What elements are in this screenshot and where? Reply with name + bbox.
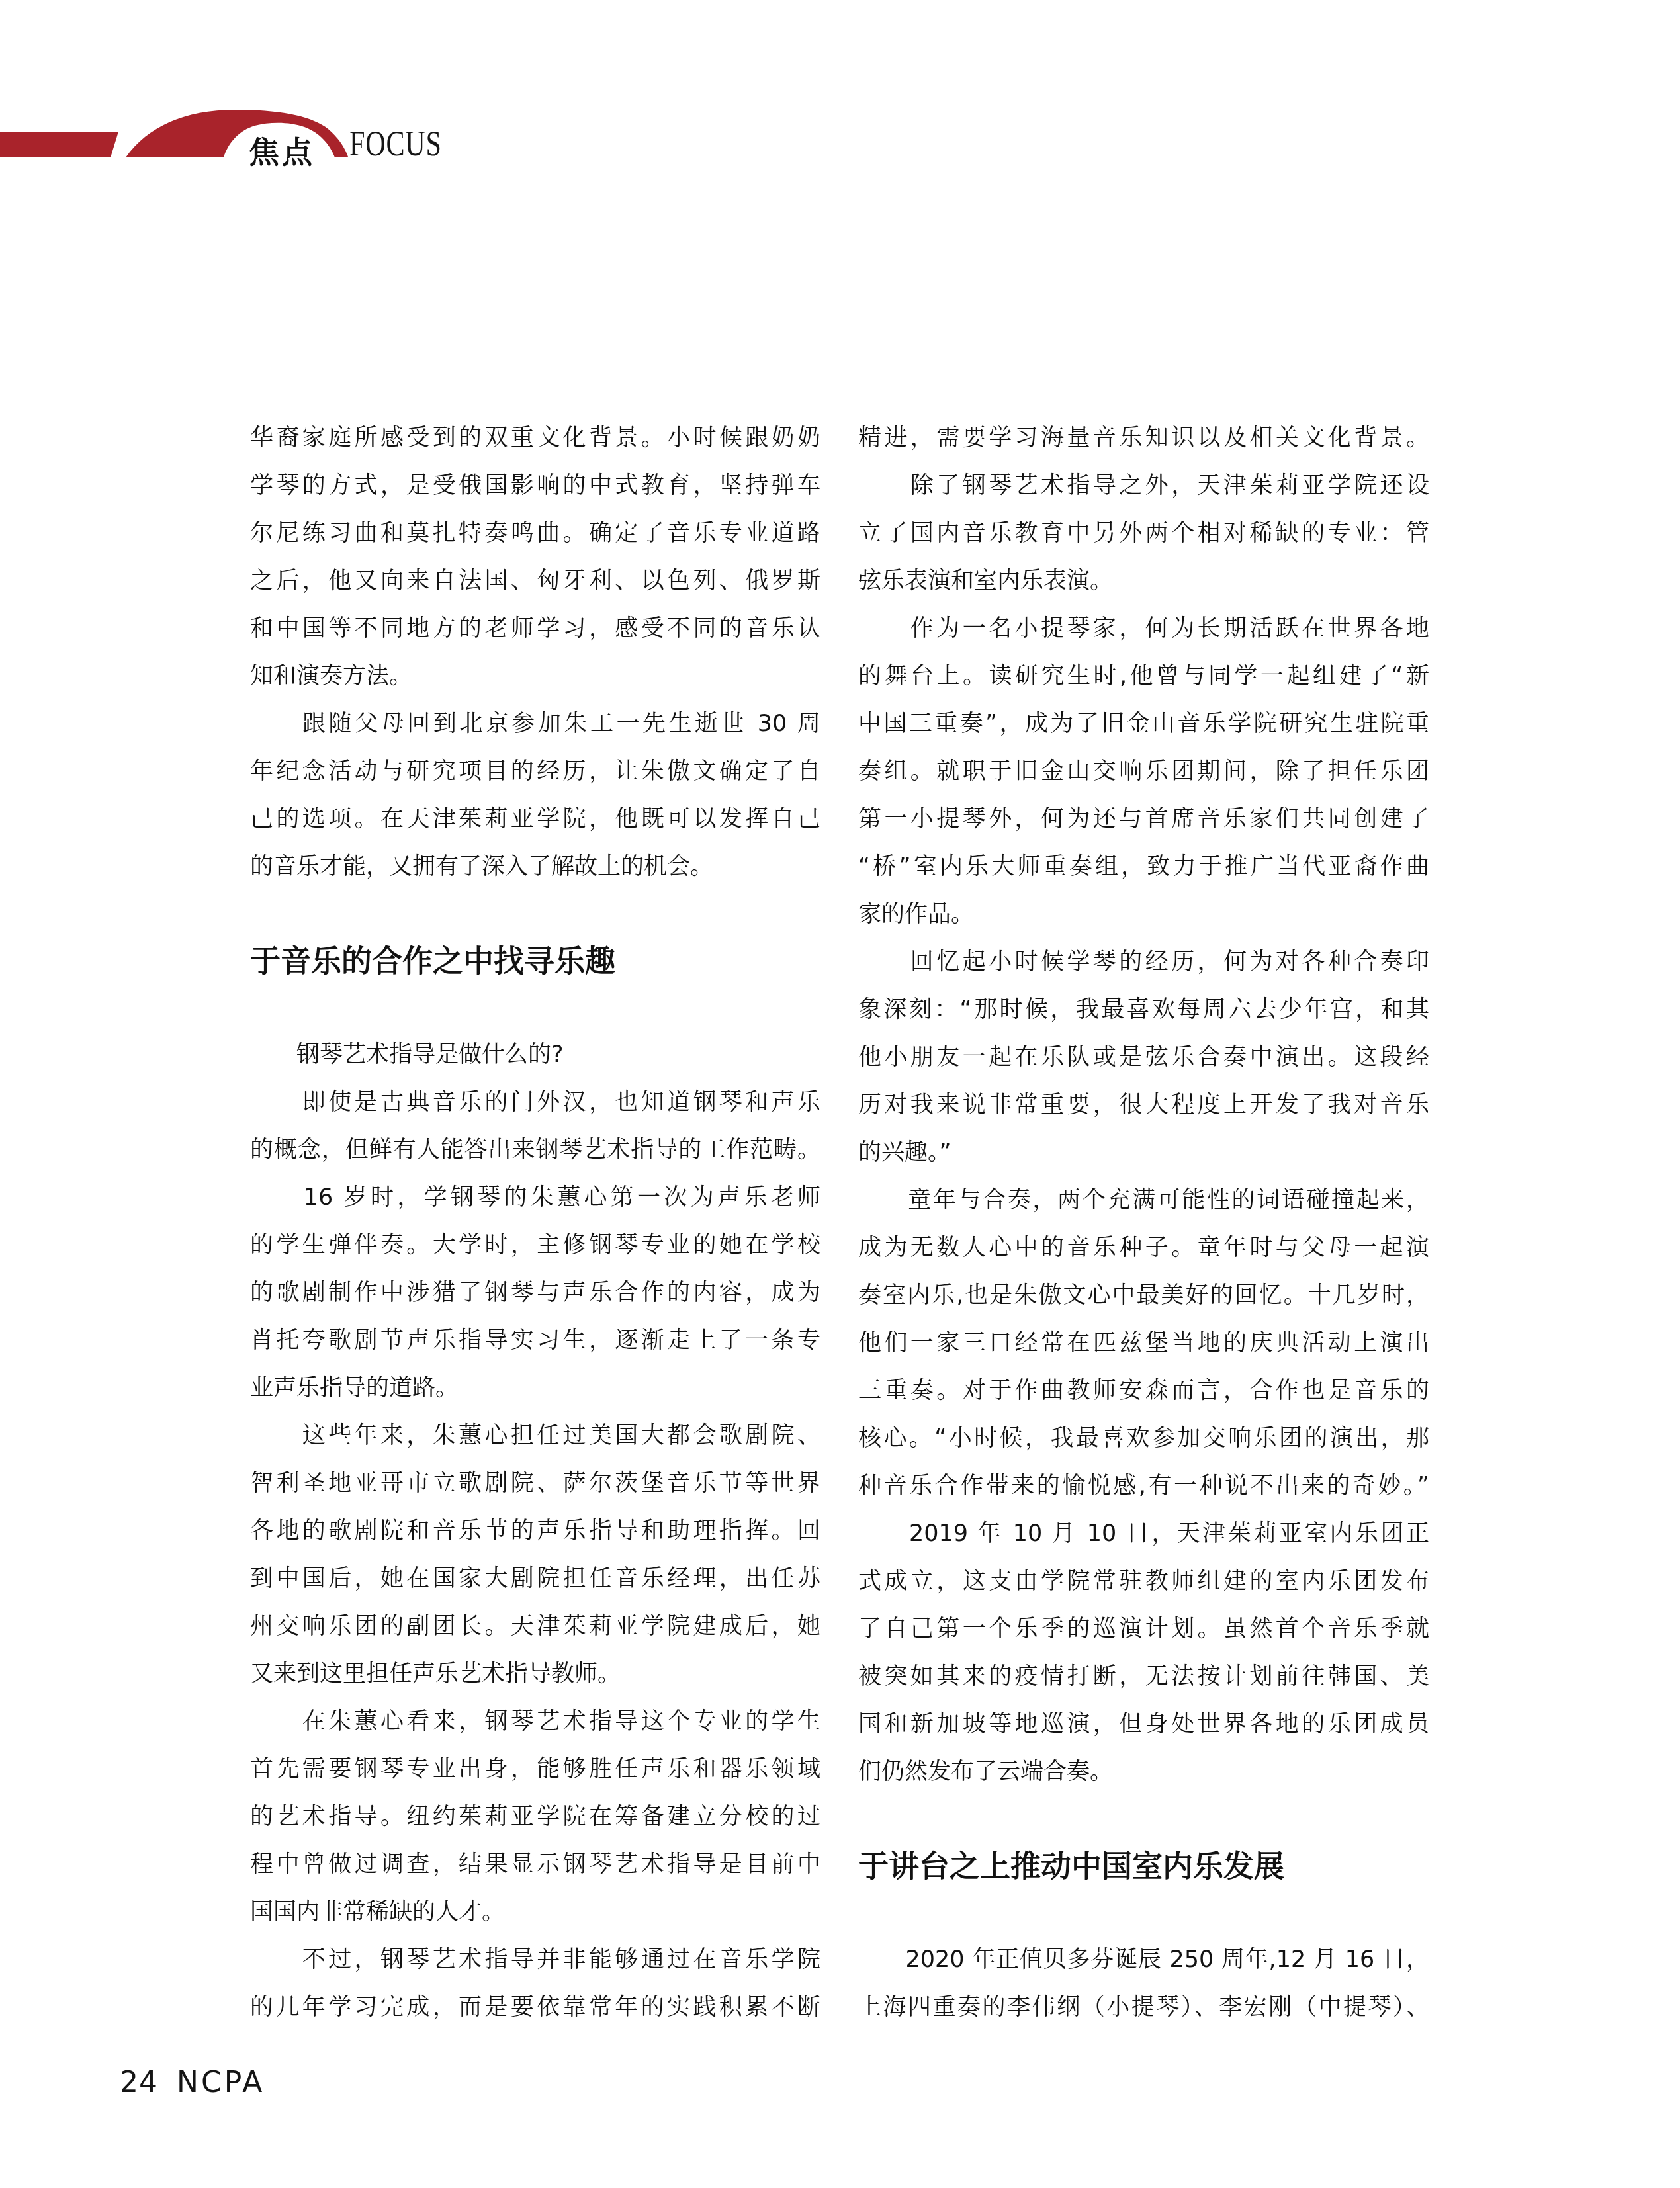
text-line: 的学生弹伴奏。大学时，主修钢琴专业的她在学校 xyxy=(250,1221,820,1269)
text-line: 中国三重奏”，成为了旧金山音乐学院研究生驻院重 xyxy=(858,700,1429,748)
text-line: 国国内非常稀缺的人才。 xyxy=(250,1888,820,1936)
text-line: 己的选项。在天津茱莉亚学院，他既可以发挥自己 xyxy=(250,795,820,843)
text-line: 在朱蕙心看来，钢琴艺术指导这个专业的学生 xyxy=(250,1698,820,1745)
red-bar xyxy=(0,132,118,157)
text-line: 年纪念活动与研究项目的经历，让朱傲文确定了自 xyxy=(250,748,820,795)
text-line: 们仍然发布了云端合奏。 xyxy=(858,1748,1429,1796)
text-line: 州交响乐团的副团长。天津茱莉亚学院建成后，她 xyxy=(250,1602,820,1650)
text-line: 的歌剧制作中涉猎了钢琴与声乐合作的内容，成为 xyxy=(250,1269,820,1317)
section-title-cn: 焦点 xyxy=(249,128,315,172)
text-line: 的音乐才能，又拥有了深入了解故土的机会。 xyxy=(250,843,820,891)
text-line: 历对我来说非常重要，很大程度上开发了我对音乐 xyxy=(858,1081,1429,1129)
text-line: 华裔家庭所感受到的双重文化背景。小时候跟奶奶 xyxy=(250,414,820,462)
text-line: 三重奏。对于作曲教师安森而言，合作也是音乐的 xyxy=(858,1367,1429,1415)
magazine-page: 焦点 FOCUS 华裔家庭所感受到的双重文化背景。小时候跟奶奶学琴的方式，是受俄… xyxy=(0,0,1680,2188)
text-line: 的兴趣。” xyxy=(858,1129,1429,1176)
text-line: 智利圣地亚哥市立歌剧院、萨尔茨堡音乐节等世界 xyxy=(250,1460,820,1507)
text-line: 成为无数人心中的音乐种子。童年时与父母一起演 xyxy=(858,1224,1429,1272)
section-heading: 于音乐的合作之中找寻乐趣 xyxy=(250,937,820,985)
text-line: 的舞台上。读研究生时,他曾与同学一起组建了“新 xyxy=(858,652,1429,700)
magazine-brand: NCPA xyxy=(177,2066,265,2099)
text-line: “桥”室内乐大师重奏组，致力于推广当代亚裔作曲 xyxy=(858,843,1429,891)
text-line: 弦乐表演和室内乐表演。 xyxy=(858,557,1429,605)
text-line: 16 岁时，学钢琴的朱蕙心第一次为声乐老师 xyxy=(250,1174,820,1221)
text-line: 不过，钢琴艺术指导并非能够通过在音乐学院 xyxy=(250,1936,820,1984)
text-line: 了自己第一个乐季的巡演计划。虽然首个音乐季就 xyxy=(858,1605,1429,1653)
text-line: 学琴的方式，是受俄国影响的中式教育，坚持弹车 xyxy=(250,462,820,509)
text-line: 他小朋友一起在乐队或是弦乐合奏中演出。这段经 xyxy=(858,1033,1429,1081)
text-line: 和中国等不同地方的老师学习，感受不同的音乐认 xyxy=(250,605,820,652)
text-line: 之后，他又向来自法国、匈牙利、以色列、俄罗斯 xyxy=(250,557,820,605)
text-line: 被突如其来的疫情打断，无法按计划前往韩国、美 xyxy=(858,1653,1429,1700)
text-line: 2019 年 10 月 10 日，天津茱莉亚室内乐团正 xyxy=(858,1510,1429,1557)
text-line: 尔尼练习曲和莫扎特奏鸣曲。确定了音乐专业道路 xyxy=(250,509,820,557)
left-text-column: 华裔家庭所感受到的双重文化背景。小时候跟奶奶学琴的方式，是受俄国影响的中式教育，… xyxy=(250,414,820,2031)
text-line: 象深刻：“那时候，我最喜欢每周六去少年宫，和其 xyxy=(858,986,1429,1033)
text-line: 跟随父母回到北京参加朱工一先生逝世 30 周 xyxy=(250,700,820,748)
text-line: 核心。“小时候，我最喜欢参加交响乐团的演出，那 xyxy=(858,1415,1429,1462)
text-line: 奏室内乐,也是朱傲文心中最美好的回忆。十几岁时， xyxy=(858,1272,1429,1319)
text-line: 奏组。就职于旧金山交响乐团期间，除了担任乐团 xyxy=(858,748,1429,795)
page-number: 24 xyxy=(120,2066,158,2099)
text-line: 的艺术指导。纽约茱莉亚学院在筹备建立分校的过 xyxy=(250,1793,820,1841)
text-line: 立了国内音乐教育中另外两个相对稀缺的专业：管 xyxy=(858,509,1429,557)
section-title-en: FOCUS xyxy=(349,123,442,164)
text-line: 知和演奏方法。 xyxy=(250,652,820,700)
text-line: 这些年来，朱蕙心担任过美国大都会歌剧院、 xyxy=(250,1412,820,1460)
text-line: 上海四重奏的李伟纲（小提琴）、李宏刚（中提琴）、 xyxy=(858,1984,1429,2031)
text-line: 作为一名小提琴家，何为长期活跃在世界各地 xyxy=(858,605,1429,652)
text-line: 程中曾做过调查，结果显示钢琴艺术指导是目前中 xyxy=(250,1841,820,1888)
text-line: 首先需要钢琴专业出身，能够胜任声乐和器乐领域 xyxy=(250,1745,820,1793)
text-line: 的几年学习完成，而是要依靠常年的实践积累不断 xyxy=(250,1984,820,2031)
text-line: 精进，需要学习海量音乐知识以及相关文化背景。 xyxy=(858,414,1429,462)
text-line: 第一小提琴外，何为还与首席音乐家们共同创建了 xyxy=(858,795,1429,843)
text-line: 除了钢琴艺术指导之外，天津茱莉亚学院还设 xyxy=(858,462,1429,509)
text-line: 种音乐合作带来的愉悦感,有一种说不出来的奇妙。” xyxy=(858,1462,1429,1510)
text-line: 肖托夸歌剧节声乐指导实习生，逐渐走上了一条专 xyxy=(250,1317,820,1364)
text-line: 的概念，但鲜有人能答出来钢琴艺术指导的工作范畴。 xyxy=(250,1126,820,1174)
text-line: 各地的歌剧院和音乐节的声乐指导和助理指挥。回 xyxy=(250,1507,820,1555)
text-line: 又来到这里担任声乐艺术指导教师。 xyxy=(250,1650,820,1698)
page-footer: 24NCPA xyxy=(120,2066,265,2099)
text-line: 即使是古典音乐的门外汉，也知道钢琴和声乐 xyxy=(250,1078,820,1126)
text-line: 国和新加坡等地巡演，但身处世界各地的乐团成员 xyxy=(858,1700,1429,1748)
text-line: 他们一家三口经常在匹兹堡当地的庆典活动上演出 xyxy=(858,1319,1429,1367)
text-line: 业声乐指导的道路。 xyxy=(250,1364,820,1412)
text-line: 童年与合奏，两个充满可能性的词语碰撞起来， xyxy=(858,1176,1429,1224)
text-line: 式成立，这支由学院常驻教师组建的室内乐团发布 xyxy=(858,1557,1429,1605)
text-line: 回忆起小时候学琴的经历，何为对各种合奏印 xyxy=(858,938,1429,986)
text-line: 钢琴艺术指导是做什么的? xyxy=(250,1031,820,1078)
text-line: 到中国后，她在国家大剧院担任音乐经理，出任苏 xyxy=(250,1555,820,1602)
text-line: 2020 年正值贝多芬诞辰 250 周年,12 月 16 日， xyxy=(858,1936,1429,1984)
section-heading: 于讲台之上推动中国室内乐发展 xyxy=(858,1842,1429,1890)
right-text-column: 精进，需要学习海量音乐知识以及相关文化背景。 除了钢琴艺术指导之外，天津茱莉亚学… xyxy=(858,414,1429,2031)
text-line: 家的作品。 xyxy=(858,891,1429,938)
